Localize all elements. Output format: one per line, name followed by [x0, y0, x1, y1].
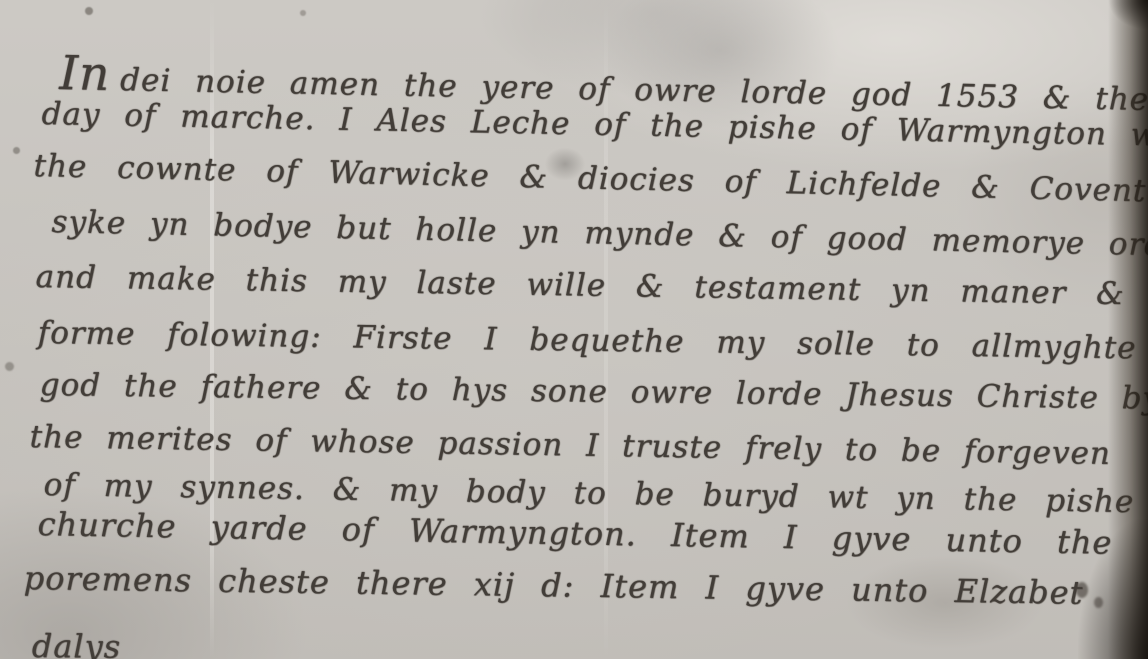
corner-shadow-bottom [1078, 519, 1148, 659]
manuscript-line-partial: dalys [32, 627, 122, 659]
manuscript-scan: Indei noie amen the yere of owre lorde g… [0, 0, 1148, 659]
opening-initial: In [59, 46, 111, 102]
manuscript-line: syke yn bodye but holle yn mynde & of go… [51, 204, 1148, 265]
manuscript-line: the cownte of Warwicke & diocies of Lich… [33, 148, 1148, 210]
handwritten-text: Indei noie amen the yere of owre lorde g… [0, 0, 1148, 659]
manuscript-line: poremens cheste there xij d: Item I gyve… [23, 559, 1083, 612]
manuscript-line: god the fathere & to hys sone owre lorde… [40, 367, 1148, 417]
manuscript-line: and make this my laste wille & testament… [35, 259, 1125, 312]
manuscript-line: forme folowing: Firste I bequethe my sol… [37, 315, 1136, 366]
corner-shadow-top [1108, 0, 1148, 30]
manuscript-line: the merites of whose passion I truste fr… [29, 419, 1111, 472]
